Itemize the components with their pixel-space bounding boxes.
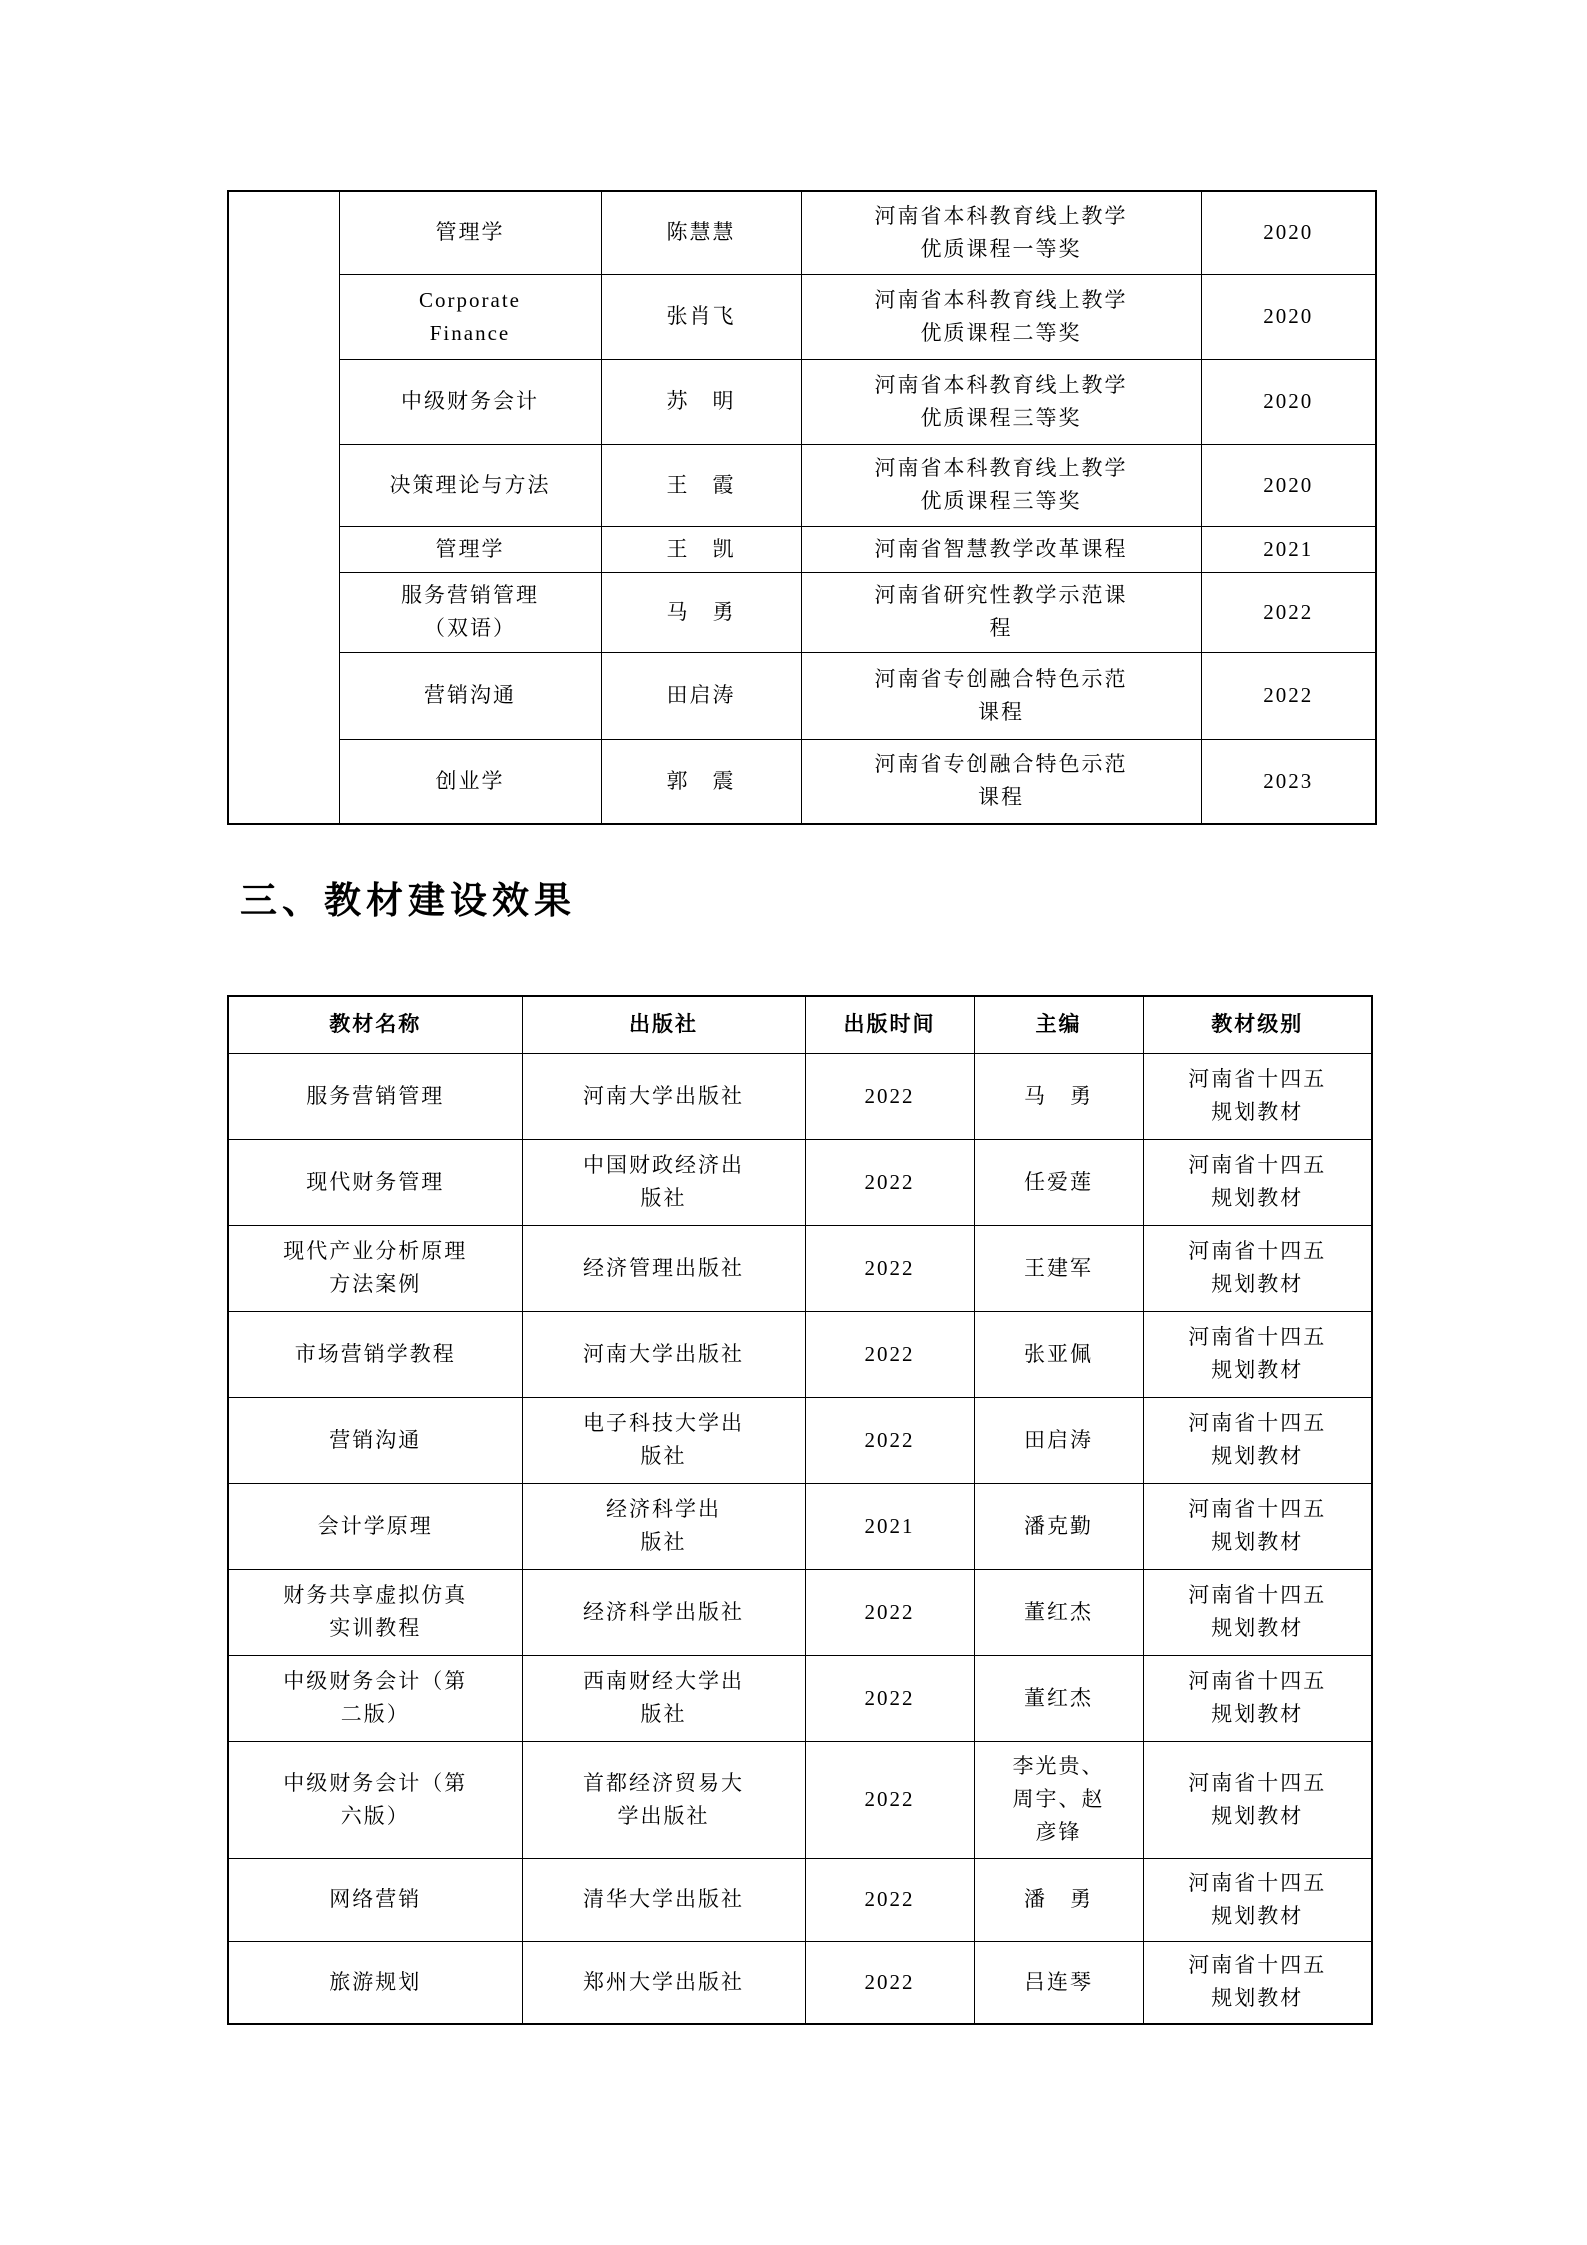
publisher-cell: 郑州大学出版社 (522, 1941, 805, 2024)
course-cell: Corporate Finance (339, 274, 601, 359)
table-row: 管理学 陈慧慧 河南省本科教育线上教学 优质课程一等奖 2020 (228, 191, 1376, 274)
textbooks-table: 教材名称 出版社 出版时间 主编 教材级别 服务营销管理 河南大学出版社 202… (227, 995, 1373, 2025)
table-row: 市场营销学教程 河南大学出版社 2022 张亚佩 河南省十四五 规划教材 (228, 1311, 1372, 1397)
year-cell: 2022 (805, 1311, 974, 1397)
person-cell: 苏 明 (601, 359, 801, 444)
section-heading: 三、教材建设效果 (240, 878, 576, 924)
award-cell: 河南省本科教育线上教学 优质课程三等奖 (801, 359, 1201, 444)
publisher-cell: 西南财经大学出 版社 (522, 1655, 805, 1741)
header-time: 出版时间 (805, 996, 974, 1053)
year-cell: 2022 (805, 1569, 974, 1655)
person-cell: 陈慧慧 (601, 191, 801, 274)
person-cell: 田启涛 (601, 652, 801, 739)
level-cell: 河南省十四五 规划教材 (1143, 1053, 1372, 1139)
header-name: 教材名称 (228, 996, 522, 1053)
level-cell: 河南省十四五 规划教材 (1143, 1655, 1372, 1741)
editor-cell: 田启涛 (974, 1397, 1143, 1483)
table-header-row: 教材名称 出版社 出版时间 主编 教材级别 (228, 996, 1372, 1053)
person-cell: 王 霞 (601, 444, 801, 526)
course-cell: 服务营销管理 （双语） (339, 572, 601, 652)
table-row: 网络营销 清华大学出版社 2022 潘 勇 河南省十四五 规划教材 (228, 1858, 1372, 1941)
publisher-cell: 经济管理出版社 (522, 1225, 805, 1311)
year-cell: 2022 (805, 1655, 974, 1741)
year-cell: 2020 (1201, 274, 1376, 359)
table-row: 旅游规划 郑州大学出版社 2022 吕连琴 河南省十四五 规划教材 (228, 1941, 1372, 2024)
editor-cell: 王建军 (974, 1225, 1143, 1311)
table-row: 会计学原理 经济科学出 版社 2021 潘克勤 河南省十四五 规划教材 (228, 1483, 1372, 1569)
table-row: 中级财务会计（第 二版） 西南财经大学出 版社 2022 董红杰 河南省十四五 … (228, 1655, 1372, 1741)
year-cell: 2022 (1201, 652, 1376, 739)
editor-cell: 董红杰 (974, 1655, 1143, 1741)
award-cell: 河南省本科教育线上教学 优质课程一等奖 (801, 191, 1201, 274)
course-cell: 决策理论与方法 (339, 444, 601, 526)
editor-cell: 任爱莲 (974, 1139, 1143, 1225)
award-cell: 河南省研究性教学示范课 程 (801, 572, 1201, 652)
name-cell: 中级财务会计（第 六版） (228, 1741, 522, 1858)
table-row: 服务营销管理 （双语） 马 勇 河南省研究性教学示范课 程 2022 (228, 572, 1376, 652)
name-cell: 会计学原理 (228, 1483, 522, 1569)
editor-cell: 潘克勤 (974, 1483, 1143, 1569)
year-cell: 2022 (805, 1225, 974, 1311)
table-row: 营销沟通 电子科技大学出 版社 2022 田启涛 河南省十四五 规划教材 (228, 1397, 1372, 1483)
awards-table: 管理学 陈慧慧 河南省本科教育线上教学 优质课程一等奖 2020 Corpora… (227, 190, 1377, 825)
publisher-cell: 河南大学出版社 (522, 1053, 805, 1139)
award-cell: 河南省本科教育线上教学 优质课程二等奖 (801, 274, 1201, 359)
name-cell: 中级财务会计（第 二版） (228, 1655, 522, 1741)
level-cell: 河南省十四五 规划教材 (1143, 1311, 1372, 1397)
level-cell: 河南省十四五 规划教材 (1143, 1741, 1372, 1858)
editor-cell: 董红杰 (974, 1569, 1143, 1655)
table-row: 中级财务会计（第 六版） 首都经济贸易大 学出版社 2022 李光贵、 周宇、赵… (228, 1741, 1372, 1858)
name-cell: 现代财务管理 (228, 1139, 522, 1225)
name-cell: 财务共享虚拟仿真 实训教程 (228, 1569, 522, 1655)
table-row: 现代财务管理 中国财政经济出 版社 2022 任爱莲 河南省十四五 规划教材 (228, 1139, 1372, 1225)
publisher-cell: 经济科学出版社 (522, 1569, 805, 1655)
level-cell: 河南省十四五 规划教材 (1143, 1139, 1372, 1225)
year-cell: 2021 (1201, 526, 1376, 572)
year-cell: 2021 (805, 1483, 974, 1569)
person-cell: 马 勇 (601, 572, 801, 652)
publisher-cell: 清华大学出版社 (522, 1858, 805, 1941)
header-publisher: 出版社 (522, 996, 805, 1053)
publisher-cell: 河南大学出版社 (522, 1311, 805, 1397)
year-cell: 2023 (1201, 739, 1376, 824)
table-row: 中级财务会计 苏 明 河南省本科教育线上教学 优质课程三等奖 2020 (228, 359, 1376, 444)
table-row: 现代产业分析原理 方法案例 经济管理出版社 2022 王建军 河南省十四五 规划… (228, 1225, 1372, 1311)
course-cell: 管理学 (339, 526, 601, 572)
publisher-cell: 电子科技大学出 版社 (522, 1397, 805, 1483)
level-cell: 河南省十四五 规划教材 (1143, 1225, 1372, 1311)
course-cell: 创业学 (339, 739, 601, 824)
name-cell: 服务营销管理 (228, 1053, 522, 1139)
level-cell: 河南省十四五 规划教材 (1143, 1483, 1372, 1569)
award-cell: 河南省本科教育线上教学 优质课程三等奖 (801, 444, 1201, 526)
level-cell: 河南省十四五 规划教材 (1143, 1397, 1372, 1483)
course-cell: 营销沟通 (339, 652, 601, 739)
header-level: 教材级别 (1143, 996, 1372, 1053)
header-editor: 主编 (974, 996, 1143, 1053)
year-cell: 2022 (805, 1741, 974, 1858)
editor-cell: 马 勇 (974, 1053, 1143, 1139)
person-cell: 郭 震 (601, 739, 801, 824)
course-cell: 管理学 (339, 191, 601, 274)
table-row: 服务营销管理 河南大学出版社 2022 马 勇 河南省十四五 规划教材 (228, 1053, 1372, 1139)
name-cell: 网络营销 (228, 1858, 522, 1941)
level-cell: 河南省十四五 规划教材 (1143, 1941, 1372, 2024)
table-row: Corporate Finance 张肖飞 河南省本科教育线上教学 优质课程二等… (228, 274, 1376, 359)
table-row: 营销沟通 田启涛 河南省专创融合特色示范 课程 2022 (228, 652, 1376, 739)
publisher-cell: 经济科学出 版社 (522, 1483, 805, 1569)
name-cell: 旅游规划 (228, 1941, 522, 2024)
merged-empty-cell (228, 191, 339, 824)
table-row: 决策理论与方法 王 霞 河南省本科教育线上教学 优质课程三等奖 2020 (228, 444, 1376, 526)
table-row: 管理学 王 凯 河南省智慧教学改革课程 2021 (228, 526, 1376, 572)
name-cell: 现代产业分析原理 方法案例 (228, 1225, 522, 1311)
table-row: 财务共享虚拟仿真 实训教程 经济科学出版社 2022 董红杰 河南省十四五 规划… (228, 1569, 1372, 1655)
year-cell: 2022 (805, 1053, 974, 1139)
editor-cell: 李光贵、 周宇、赵 彦锋 (974, 1741, 1143, 1858)
course-cell: 中级财务会计 (339, 359, 601, 444)
publisher-cell: 中国财政经济出 版社 (522, 1139, 805, 1225)
editor-cell: 吕连琴 (974, 1941, 1143, 2024)
name-cell: 市场营销学教程 (228, 1311, 522, 1397)
award-cell: 河南省智慧教学改革课程 (801, 526, 1201, 572)
level-cell: 河南省十四五 规划教材 (1143, 1569, 1372, 1655)
editor-cell: 潘 勇 (974, 1858, 1143, 1941)
year-cell: 2022 (1201, 572, 1376, 652)
publisher-cell: 首都经济贸易大 学出版社 (522, 1741, 805, 1858)
person-cell: 张肖飞 (601, 274, 801, 359)
document-page: 管理学 陈慧慧 河南省本科教育线上教学 优质课程一等奖 2020 Corpora… (0, 0, 1587, 2245)
person-cell: 王 凯 (601, 526, 801, 572)
level-cell: 河南省十四五 规划教材 (1143, 1858, 1372, 1941)
year-cell: 2022 (805, 1858, 974, 1941)
year-cell: 2020 (1201, 444, 1376, 526)
year-cell: 2020 (1201, 359, 1376, 444)
year-cell: 2022 (805, 1139, 974, 1225)
table-row: 创业学 郭 震 河南省专创融合特色示范 课程 2023 (228, 739, 1376, 824)
award-cell: 河南省专创融合特色示范 课程 (801, 739, 1201, 824)
year-cell: 2022 (805, 1941, 974, 2024)
year-cell: 2020 (1201, 191, 1376, 274)
editor-cell: 张亚佩 (974, 1311, 1143, 1397)
award-cell: 河南省专创融合特色示范 课程 (801, 652, 1201, 739)
year-cell: 2022 (805, 1397, 974, 1483)
name-cell: 营销沟通 (228, 1397, 522, 1483)
